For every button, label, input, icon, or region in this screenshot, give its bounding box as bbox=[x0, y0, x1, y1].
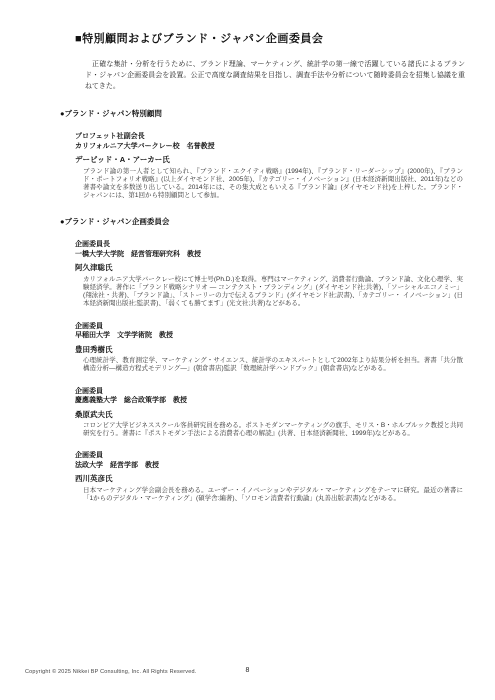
member-bio: カリフォルニア大学バークレー校にて博士号(Ph.D.)を取得。専門はマーケティン… bbox=[83, 276, 463, 309]
member-role: 一橋大学大学院 経営管理研究科 教授 bbox=[75, 250, 465, 260]
member-bio: 心理統計学、教育測定学、マーケティング・サイエンス、統計学のエキスパートとして2… bbox=[83, 357, 463, 373]
member-role: プロフェット社副会長 bbox=[75, 132, 465, 142]
page-title: ■特別顧問およびブランド・ジャパン企画委員会 bbox=[75, 30, 465, 46]
member-role: 慶應義塾大学 総合政策学部 教授 bbox=[75, 396, 465, 406]
member-name: 桑原武夫氏 bbox=[75, 409, 465, 420]
page-content: ■特別顧問およびブランド・ジャパン企画委員会 正確な集計・分析を行うために、ブラ… bbox=[0, 30, 495, 503]
member-name: デービッド・A・アーカー氏 bbox=[75, 154, 465, 165]
member-name: 西川英彦氏 bbox=[75, 473, 465, 484]
intro-paragraph: 正確な集計・分析を行うために、ブランド理論、マーケティング、統計学の第一線で活躍… bbox=[85, 59, 465, 92]
document-page: ■特別顧問およびブランド・ジャパン企画委員会 正確な集計・分析を行うために、ブラ… bbox=[0, 0, 495, 700]
member-bio: 日本マーケティング学会副会長を務める。ユーザー・イノベーションやデジタル・マーケ… bbox=[83, 487, 463, 503]
member-bio: コロンビア大学ビジネススクール客員研究員を務める。ポストモダンマーケティングの旗… bbox=[83, 422, 463, 438]
member-kuwahara: 企画委員 慶應義塾大学 総合政策学部 教授 桑原武夫氏 コロンビア大学ビジネスス… bbox=[75, 387, 465, 439]
member-toyoda: 企画委員 早稲田大学 文学学術院 教授 豊田秀樹氏 心理統計学、教育測定学、マー… bbox=[75, 322, 465, 374]
member-aaker: プロフェット社副会長 カリフォルニア大学バークレー校 名誉教授 デービッド・A・… bbox=[75, 132, 465, 200]
member-name: 豊田秀樹氏 bbox=[75, 344, 465, 355]
member-name: 阿久津聡氏 bbox=[75, 262, 465, 273]
member-akutsu: 企画委員長 一橋大学大学院 経営管理研究科 教授 阿久津聡氏 カリフォルニア大学… bbox=[75, 240, 465, 308]
member-role: 企画委員 bbox=[75, 322, 465, 332]
member-nishikawa: 企画委員 法政大学 経営学部 教授 西川英彦氏 日本マーケティング学会副会長を務… bbox=[75, 451, 465, 503]
member-role: 早稲田大学 文学学術院 教授 bbox=[75, 331, 465, 341]
page-number: 8 bbox=[0, 667, 495, 674]
member-role: 企画委員 bbox=[75, 387, 465, 397]
member-role: カリフォルニア大学バークレー校 名誉教授 bbox=[75, 142, 465, 152]
member-role: 法政大学 経営学部 教授 bbox=[75, 461, 465, 471]
member-bio: ブランド論の第一人者として知られ、『ブランド・エクイティ戦略』(1994年)、『… bbox=[83, 168, 463, 201]
section-heading-special-advisor: ●ブランド・ジャパン特別顧問 bbox=[60, 108, 465, 119]
member-role: 企画委員長 bbox=[75, 240, 465, 250]
member-role: 企画委員 bbox=[75, 451, 465, 461]
section-heading-committee: ●ブランド・ジャパン企画委員会 bbox=[60, 216, 465, 227]
